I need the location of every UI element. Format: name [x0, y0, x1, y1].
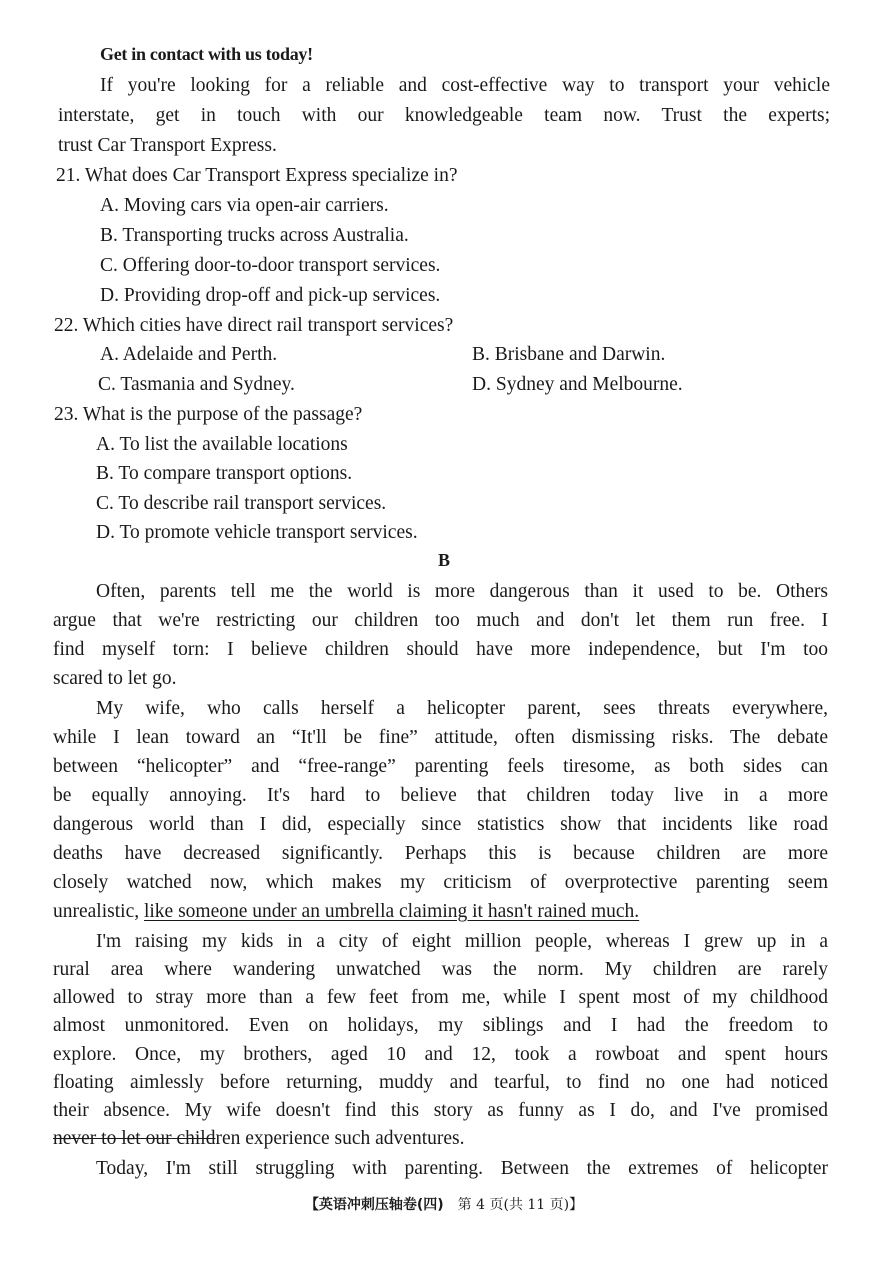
p1-line-1: Often, parents tell me the world is more…	[96, 578, 828, 606]
option-text: Brisbane and Darwin.	[495, 344, 666, 365]
question-text: What is the purpose of the passage?	[83, 404, 362, 425]
footer-page-number: 第 4 页(共 11 页)】	[458, 1197, 583, 1213]
option-label: A.	[100, 344, 119, 365]
option-21d: D. Providing drop-off and pick-up servic…	[100, 282, 440, 310]
option-label: B.	[100, 225, 118, 246]
p3-line-6: floating aimlessly before returning, mud…	[53, 1069, 828, 1097]
p1-line-4: scared to let go.	[53, 665, 176, 693]
option-text: To compare transport options.	[118, 463, 352, 484]
contact-line-3: trust Car Transport Express.	[58, 132, 277, 160]
option-21c: C. Offering door-to-door transport servi…	[100, 252, 440, 280]
footer-title: 【英语冲刺压轴卷(四)	[305, 1197, 444, 1213]
option-label: D.	[100, 285, 119, 306]
option-23c: C. To describe rail transport services.	[96, 490, 386, 518]
option-text: Transporting trucks across Australia.	[122, 225, 408, 246]
p3-line-3: allowed to stray more than a few feet fr…	[53, 984, 828, 1012]
exam-page: Get in contact with us today! If you're …	[0, 0, 888, 1285]
question-21: 21. What does Car Transport Express spec…	[56, 162, 457, 190]
question-23: 23. What is the purpose of the passage?	[54, 401, 362, 429]
option-label: B.	[96, 463, 114, 484]
option-22d: D. Sydney and Melbourne.	[472, 371, 683, 399]
p3-line-1: I'm raising my kids in a city of eight m…	[96, 928, 828, 956]
p2-line-5: dangerous world than I did, especially s…	[53, 811, 828, 839]
p2-last-prefix: unrealistic,	[53, 901, 144, 922]
p3-line-8: never to let our children experience suc…	[53, 1125, 465, 1153]
option-label: D.	[96, 522, 115, 543]
option-label: A.	[100, 195, 119, 216]
question-text: What does Car Transport Express speciali…	[85, 165, 458, 186]
p4-line-1: Today, I'm still struggling with parenti…	[96, 1155, 828, 1183]
section-b-title: B	[0, 550, 888, 571]
p3-last-rest: ren experience such adventures.	[215, 1128, 464, 1149]
option-21a: A. Moving cars via open-air carriers.	[100, 192, 389, 220]
option-label: C.	[98, 374, 116, 395]
p2-line-4: be equally annoying. It's hard to believ…	[53, 782, 828, 810]
option-22c: C. Tasmania and Sydney.	[98, 371, 295, 399]
option-23a: A. To list the available locations	[96, 431, 348, 459]
question-number: 22.	[54, 315, 78, 336]
option-text: Providing drop-off and pick-up services.	[124, 285, 440, 306]
p1-line-3: find myself torn: I believe children sho…	[53, 636, 828, 664]
p2-line-8: unrealistic, like someone under an umbre…	[53, 898, 639, 926]
p2-line-2: while I lean toward an “It'll be fine” a…	[53, 724, 828, 752]
option-text: Tasmania and Sydney.	[120, 374, 294, 395]
p3-line-7: their absence. My wife doesn't find this…	[53, 1097, 828, 1125]
p2-line-7: closely watched now, which makes my crit…	[53, 869, 828, 897]
contact-heading: Get in contact with us today!	[100, 44, 313, 65]
option-text: To promote vehicle transport services.	[120, 522, 418, 543]
p3-line-2: rural area where wandering unwatched was…	[53, 956, 828, 984]
option-label: C.	[100, 255, 118, 276]
option-23b: B. To compare transport options.	[96, 460, 352, 488]
option-text: Sydney and Melbourne.	[496, 374, 683, 395]
struck-text: never to let our child	[53, 1128, 215, 1149]
option-23d: D. To promote vehicle transport services…	[96, 519, 418, 547]
option-text: Adelaide and Perth.	[123, 344, 277, 365]
option-text: Offering door-to-door transport services…	[123, 255, 441, 276]
p3-line-4: almost unmonitored. Even on holidays, my…	[53, 1012, 828, 1040]
page-footer: 【英语冲刺压轴卷(四)第 4 页(共 11 页)】	[0, 1194, 888, 1214]
question-number: 21.	[56, 165, 80, 186]
option-22a: A. Adelaide and Perth.	[100, 341, 277, 369]
option-label: C.	[96, 493, 114, 514]
question-22: 22. Which cities have direct rail transp…	[54, 312, 453, 340]
option-22b: B. Brisbane and Darwin.	[472, 341, 665, 369]
underlined-sentence: like someone under an umbrella claiming …	[144, 901, 639, 922]
option-label: B.	[472, 344, 490, 365]
p2-line-3: between “helicopter” and “free-range” pa…	[53, 753, 828, 781]
option-text: To describe rail transport services.	[118, 493, 386, 514]
option-label: D.	[472, 374, 491, 395]
p2-line-6: deaths have decreased significantly. Per…	[53, 840, 828, 868]
question-text: Which cities have direct rail transport …	[83, 315, 453, 336]
option-text: Moving cars via open-air carriers.	[124, 195, 389, 216]
question-number: 23.	[54, 404, 78, 425]
contact-line-2: interstate, get in touch with our knowle…	[58, 102, 830, 130]
option-21b: B. Transporting trucks across Australia.	[100, 222, 409, 250]
option-label: A.	[96, 434, 115, 455]
option-text: To list the available locations	[120, 434, 348, 455]
p3-line-5: explore. Once, my brothers, aged 10 and …	[53, 1041, 828, 1069]
p1-line-2: argue that we're restricting our childre…	[53, 607, 828, 635]
p2-line-1: My wife, who calls herself a helicopter …	[96, 695, 828, 723]
contact-line-1: If you're looking for a reliable and cos…	[100, 72, 830, 100]
